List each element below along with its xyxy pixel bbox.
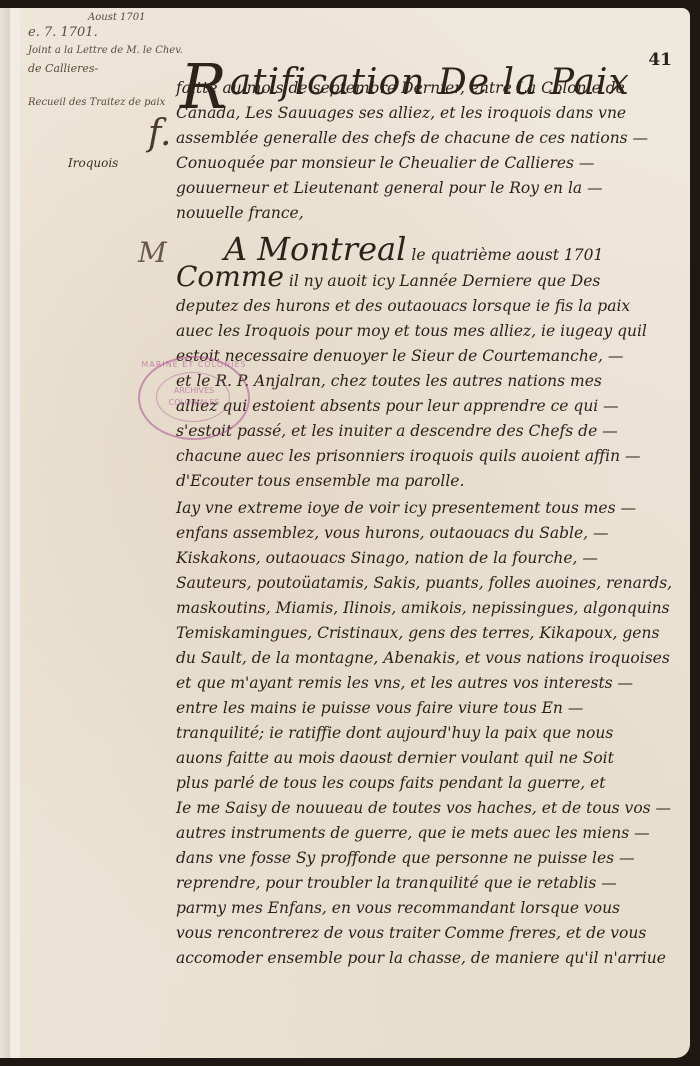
text-line: deputez des hurons et des outaouacs lors…	[176, 294, 676, 319]
manuscript-page: Aoust 1701 e. 7. 1701. Joint a la Lettre…	[20, 8, 690, 1058]
text-line: gouuerneur et Lieutenant general pour le…	[176, 176, 676, 201]
margin-note: e. 7. 1701.	[28, 24, 178, 42]
text-line: parmy mes Enfans, en vous recommandant l…	[176, 896, 676, 921]
archive-stamp: MARINE ET COLONIES ARCHIVES COLONIALES	[138, 356, 250, 440]
text-line: s'estoit passé, et les inuiter a descend…	[176, 419, 676, 444]
margin-note: Recueil des Traitez de paix	[28, 94, 178, 112]
text-line: Comme il ny auoit icy Lannée Derniere qu…	[176, 264, 676, 294]
text-line: nouuelle france,	[176, 201, 676, 226]
date-text: le quatrième aoust 1701	[411, 246, 603, 264]
text-line: Sauteurs, poutoüatamis, Sakis, puants, f…	[176, 571, 676, 596]
text-line: auons faitte au mois daoust dernier voul…	[176, 746, 676, 771]
pencil-mark: M	[138, 236, 167, 269]
text-line: dans vne fosse Sy proffonde que personne…	[176, 846, 676, 871]
text-line: Canada, Les Sauuages ses alliez, et les …	[176, 101, 676, 126]
text-line: faitte au mois de septembre Dernier, ent…	[176, 76, 676, 101]
text-line: assemblée generalle des chefs de chacune…	[176, 126, 676, 151]
stamp-line: COLONIALES	[140, 398, 248, 407]
text-line: entre les mains ie puisse vous faire viu…	[176, 696, 676, 721]
folio-number: 41	[648, 50, 672, 70]
text-line: vous rencontrerez de vous traiter Comme …	[176, 921, 676, 946]
text-line: Ie me Saisy de nouueau de toutes vos hac…	[176, 796, 676, 821]
text-line: estoit necessaire denuoyer le Sieur de C…	[176, 344, 676, 369]
text-line: Conuoquée par monsieur le Cheualier de C…	[176, 151, 676, 176]
intro-paragraph: faitte au mois de septembre Dernier, ent…	[176, 76, 676, 226]
text-line: alliez qui estoient absents pour leur ap…	[176, 394, 676, 419]
margin-letter: f.	[148, 113, 171, 154]
text-line: Iay vne extreme ioye de voir icy present…	[176, 496, 676, 521]
text-line: du Sault, de la montagne, Abenakis, et v…	[176, 646, 676, 671]
margin-notes: Aoust 1701 e. 7. 1701. Joint a la Lettre…	[28, 12, 178, 112]
text-line: Kiskakons, outaouacs Sinago, nation de l…	[176, 546, 676, 571]
text-span: il ny auoit icy Lannée Derniere que Des	[289, 272, 600, 290]
binding-edge	[0, 8, 10, 1058]
margin-label: Iroquois	[68, 156, 118, 170]
text-line: et le R. P. Anjalran, chez toutes les au…	[176, 369, 676, 394]
paragraph-initial-word: Comme	[176, 260, 284, 293]
text-line: reprendre, pour troubler la tranquilité …	[176, 871, 676, 896]
text-line: et que m'ayant remis les vns, et les aut…	[176, 671, 676, 696]
text-line: accomoder ensemble pour la chasse, de ma…	[176, 946, 676, 971]
stamp-ring-text: MARINE ET COLONIES	[140, 360, 248, 369]
text-line: maskoutins, Miamis, Ilinois, amikois, ne…	[176, 596, 676, 621]
text-line: enfans assemblez, vous hurons, outaouacs…	[176, 521, 676, 546]
speech-paragraph-2: Iay vne extreme ioye de voir icy present…	[176, 496, 676, 971]
text-line: plus parlé de tous les coups faits penda…	[176, 771, 676, 796]
text-line: tranquilité; ie ratiffie dont aujourd'hu…	[176, 721, 676, 746]
stamp-inner-ring	[156, 372, 230, 422]
margin-note: Joint a la Lettre de M. le Chev.	[28, 42, 178, 60]
text-line: autres instruments de guerre, que ie met…	[176, 821, 676, 846]
text-line: Temiskamingues, Cristinaux, gens des ter…	[176, 621, 676, 646]
text-line: auec les Iroquois pour moy et tous mes a…	[176, 319, 676, 344]
margin-note: de Callieres-	[28, 60, 178, 78]
stamp-line: ARCHIVES	[140, 386, 248, 395]
margin-note: Aoust 1701	[28, 12, 178, 24]
text-line: d'Ecouter tous ensemble ma parolle.	[176, 469, 676, 494]
speech-paragraph-1: Comme il ny auoit icy Lannée Derniere qu…	[176, 264, 676, 494]
text-line: chacune auec les prisonniers iroquois qu…	[176, 444, 676, 469]
